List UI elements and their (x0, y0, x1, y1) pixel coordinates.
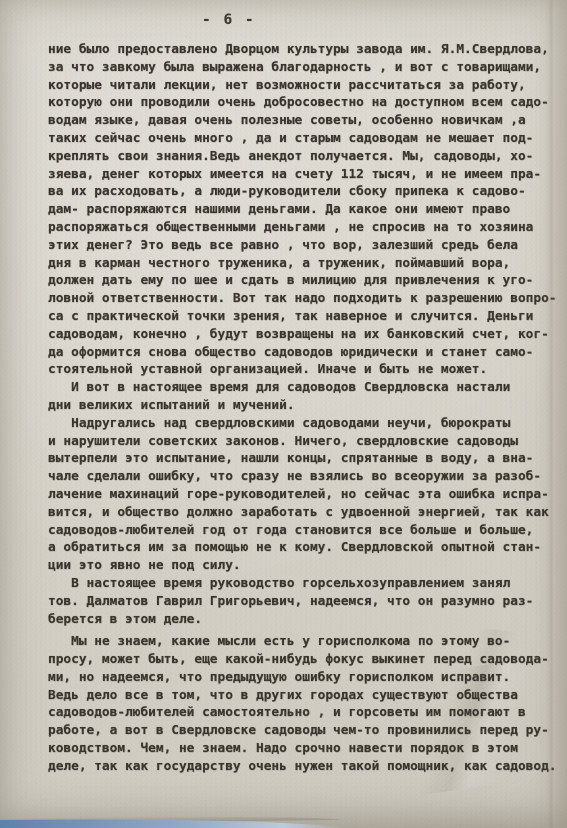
typewritten-body-text: ние было предоставлено Дворцом культуры … (48, 41, 562, 776)
paragraph: И вот в настоящее время для садоводов Св… (48, 379, 562, 415)
blue-table-edge (0, 816, 348, 828)
paragraph: ние было предоставлено Дворцом культуры … (48, 41, 562, 379)
paragraph: Надругались над свердловскими садоводами… (48, 415, 562, 575)
paragraph: Мы не знаем, какие мысли есть у гориспол… (48, 633, 562, 775)
paragraph: В настоящее время руководство горсельхоз… (48, 575, 562, 628)
page-number: - 6 - (202, 12, 256, 28)
scanned-document-photo: - 6 - ние было предоставлено Дворцом кул… (0, 0, 567, 828)
